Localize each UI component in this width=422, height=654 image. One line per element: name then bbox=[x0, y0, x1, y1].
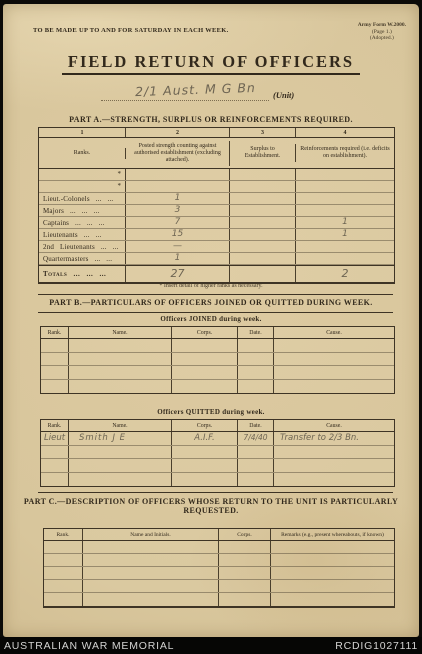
table-row bbox=[41, 473, 394, 487]
header-name-initials: Name and Initials. bbox=[83, 529, 219, 540]
posted-value-handwritten: 1 bbox=[126, 193, 230, 204]
table-row bbox=[44, 593, 394, 606]
archive-item-id: RCDIG1027111 bbox=[335, 640, 418, 652]
totals-label: Totals ... ... ... bbox=[39, 266, 126, 282]
rank-label: Majors ... ... ... bbox=[39, 205, 126, 216]
divider bbox=[38, 294, 393, 295]
table-row bbox=[41, 353, 394, 367]
header-cause: Cause. bbox=[274, 327, 394, 338]
header-surplus: Surplus to Establishment. bbox=[230, 144, 296, 162]
part-c-table: Rank. Name and Initials. Corps. Remarks … bbox=[43, 528, 395, 608]
table-row bbox=[44, 541, 394, 554]
rank-label: Lieut.-Colonels ... ... bbox=[39, 193, 126, 204]
reinforcements-cell bbox=[296, 253, 394, 264]
table-row-majors: Majors ... ... ... 3 bbox=[39, 205, 394, 217]
header-name: Name. bbox=[69, 327, 172, 338]
header-corps: Corps. bbox=[219, 529, 271, 540]
quitted-column-headers: Rank. Name. Corps. Date. Cause. bbox=[41, 420, 394, 432]
posted-value-handwritten: 3 bbox=[126, 205, 230, 216]
reinforcements-cell bbox=[296, 241, 394, 252]
posted-value-handwritten: 7 bbox=[126, 217, 230, 228]
unit-value-handwritten: 2/1 Aust. M G Bn bbox=[135, 80, 256, 99]
part-a-footnote: * Insert detail of higher ranks as neces… bbox=[3, 283, 419, 289]
part-a-heading: PART A.—STRENGTH, SURPLUS OR REINFORCEME… bbox=[3, 115, 419, 124]
reinforcements-value-handwritten: 1 bbox=[296, 229, 394, 240]
header-name: Name. bbox=[69, 420, 172, 431]
table-row bbox=[41, 446, 394, 460]
header-remarks: Remarks (e.g., present whereabouts, if k… bbox=[271, 529, 394, 540]
surplus-cell bbox=[230, 253, 296, 264]
reinforcements-cell bbox=[296, 181, 394, 192]
col-number: 1 bbox=[39, 128, 126, 137]
archive-info-bar: AUSTRALIAN WAR MEMORIAL RCDIG1027111 bbox=[0, 637, 422, 654]
surplus-cell bbox=[230, 193, 296, 204]
posted-cell bbox=[126, 169, 230, 180]
part-c-heading-line1: PART C.—DESCRIPTION OF OFFICERS WHOSE RE… bbox=[3, 497, 419, 506]
table-row-quitted-entry: Lieut Smith J E A.I.F. 7/4/40 Transfer t… bbox=[41, 432, 394, 446]
quitted-rank-handwritten: Lieut bbox=[41, 432, 69, 445]
header-date: Date. bbox=[238, 420, 274, 431]
quitted-corps-handwritten: A.I.F. bbox=[172, 432, 238, 445]
reinforcements-cell bbox=[296, 169, 394, 180]
title-row: FIELD RETURN OF OFFICERS bbox=[3, 52, 419, 75]
part-a-column-headers: Ranks. Posted strength counting against … bbox=[39, 138, 394, 169]
unit-underline bbox=[101, 100, 269, 101]
part-a-table: 1 2 3 4 Ranks. Posted strength counting … bbox=[38, 127, 395, 284]
divider bbox=[38, 312, 393, 313]
part-c-column-headers: Rank. Name and Initials. Corps. Remarks … bbox=[44, 529, 394, 541]
col-number: 2 bbox=[126, 128, 230, 137]
surplus-cell bbox=[230, 217, 296, 228]
surplus-cell bbox=[230, 169, 296, 180]
header-posted-strength: Posted strength counting against authori… bbox=[126, 141, 230, 166]
posted-cell bbox=[126, 181, 230, 192]
reinforcements-value-handwritten bbox=[296, 205, 394, 216]
form-ref-number: Army Form W.2000. bbox=[358, 22, 406, 29]
rank-cell: * bbox=[39, 169, 126, 180]
part-c-heading-line2: REQUESTED. bbox=[3, 506, 419, 515]
table-row bbox=[44, 554, 394, 567]
totals-reinforcements-handwritten: 2 bbox=[296, 266, 394, 282]
quitted-cause-handwritten: Transfer to 2/3 Bn. bbox=[274, 432, 394, 445]
reinforcements-value-handwritten: 1 bbox=[296, 217, 394, 228]
rank-cell: * bbox=[39, 181, 126, 192]
form-reference-block: Army Form W.2000. (Page 1.) (Adopted.) bbox=[358, 22, 406, 42]
officers-quitted-title: Officers QUITTED during week. bbox=[3, 408, 419, 416]
table-row-totals: Totals ... ... ... 27 2 bbox=[39, 265, 394, 282]
surplus-cell bbox=[230, 229, 296, 240]
table-row: * bbox=[39, 169, 394, 181]
part-a-column-numbers: 1 2 3 4 bbox=[39, 128, 394, 138]
table-row bbox=[41, 366, 394, 380]
part-b-heading: PART B.—PARTICULARS OF OFFICERS JOINED O… bbox=[3, 298, 419, 307]
header-date: Date. bbox=[238, 327, 274, 338]
table-row bbox=[44, 567, 394, 580]
table-row-lieut-colonels: Lieut.-Colonels ... ... 1 bbox=[39, 193, 394, 205]
surplus-cell bbox=[230, 241, 296, 252]
officers-quitted-table: Rank. Name. Corps. Date. Cause. Lieut Sm… bbox=[40, 419, 395, 487]
header-rank: Rank. bbox=[41, 327, 69, 338]
totals-surplus-cell bbox=[230, 266, 296, 282]
table-row bbox=[44, 580, 394, 593]
table-row bbox=[41, 459, 394, 473]
rank-label: Lieutenants ... ... bbox=[39, 229, 126, 240]
header-corps: Corps. bbox=[172, 327, 238, 338]
surplus-cell bbox=[230, 205, 296, 216]
rank-label: Quartermasters ... ... bbox=[39, 253, 126, 264]
page-title: FIELD RETURN OF OFFICERS bbox=[62, 52, 360, 75]
table-row: * bbox=[39, 181, 394, 193]
top-note: TO BE MADE UP TO AND FOR SATURDAY IN EAC… bbox=[33, 27, 229, 34]
rank-label: 2nd Lieutenants ... ... bbox=[39, 241, 126, 252]
totals-posted-handwritten: 27 bbox=[126, 266, 230, 282]
table-row-captains: Captains ... ... ... 7 1 bbox=[39, 217, 394, 229]
joined-column-headers: Rank. Name. Corps. Date. Cause. bbox=[41, 327, 394, 339]
reinforcements-value-handwritten bbox=[296, 193, 394, 204]
header-cause: Cause. bbox=[274, 420, 394, 431]
col-number: 4 bbox=[296, 128, 394, 137]
unit-label: (Unit) bbox=[273, 90, 294, 100]
header-ranks: Ranks. bbox=[39, 148, 126, 159]
posted-value-handwritten: — bbox=[126, 241, 230, 252]
header-reinforcements: Reinforcements required (i.e. deficits o… bbox=[296, 144, 394, 162]
quitted-name-handwritten: Smith J E bbox=[69, 432, 172, 445]
table-row-lieutenants: Lieutenants ... ... 15 1 bbox=[39, 229, 394, 241]
quitted-date-handwritten: 7/4/40 bbox=[238, 432, 274, 445]
table-row bbox=[41, 380, 394, 394]
rank-label: Captains ... ... ... bbox=[39, 217, 126, 228]
header-corps: Corps. bbox=[172, 420, 238, 431]
scanned-form-page: TO BE MADE UP TO AND FOR SATURDAY IN EAC… bbox=[3, 4, 419, 637]
form-ref-note: (Adopted.) bbox=[358, 35, 406, 42]
header-rank: Rank. bbox=[41, 420, 69, 431]
surplus-cell bbox=[230, 181, 296, 192]
officers-joined-title: Officers JOINED during week. bbox=[3, 315, 419, 323]
posted-value-handwritten: 15 bbox=[126, 229, 230, 240]
header-rank: Rank. bbox=[44, 529, 83, 540]
table-row-quartermasters: Quartermasters ... ... 1 bbox=[39, 253, 394, 265]
divider bbox=[38, 492, 393, 493]
table-row-2nd-lieutenants: 2nd Lieutenants ... ... — bbox=[39, 241, 394, 253]
archive-source-label: AUSTRALIAN WAR MEMORIAL bbox=[4, 640, 174, 652]
officers-joined-table: Rank. Name. Corps. Date. Cause. bbox=[40, 326, 395, 394]
posted-value-handwritten: 1 bbox=[126, 253, 230, 264]
col-number: 3 bbox=[230, 128, 296, 137]
table-row bbox=[41, 339, 394, 353]
